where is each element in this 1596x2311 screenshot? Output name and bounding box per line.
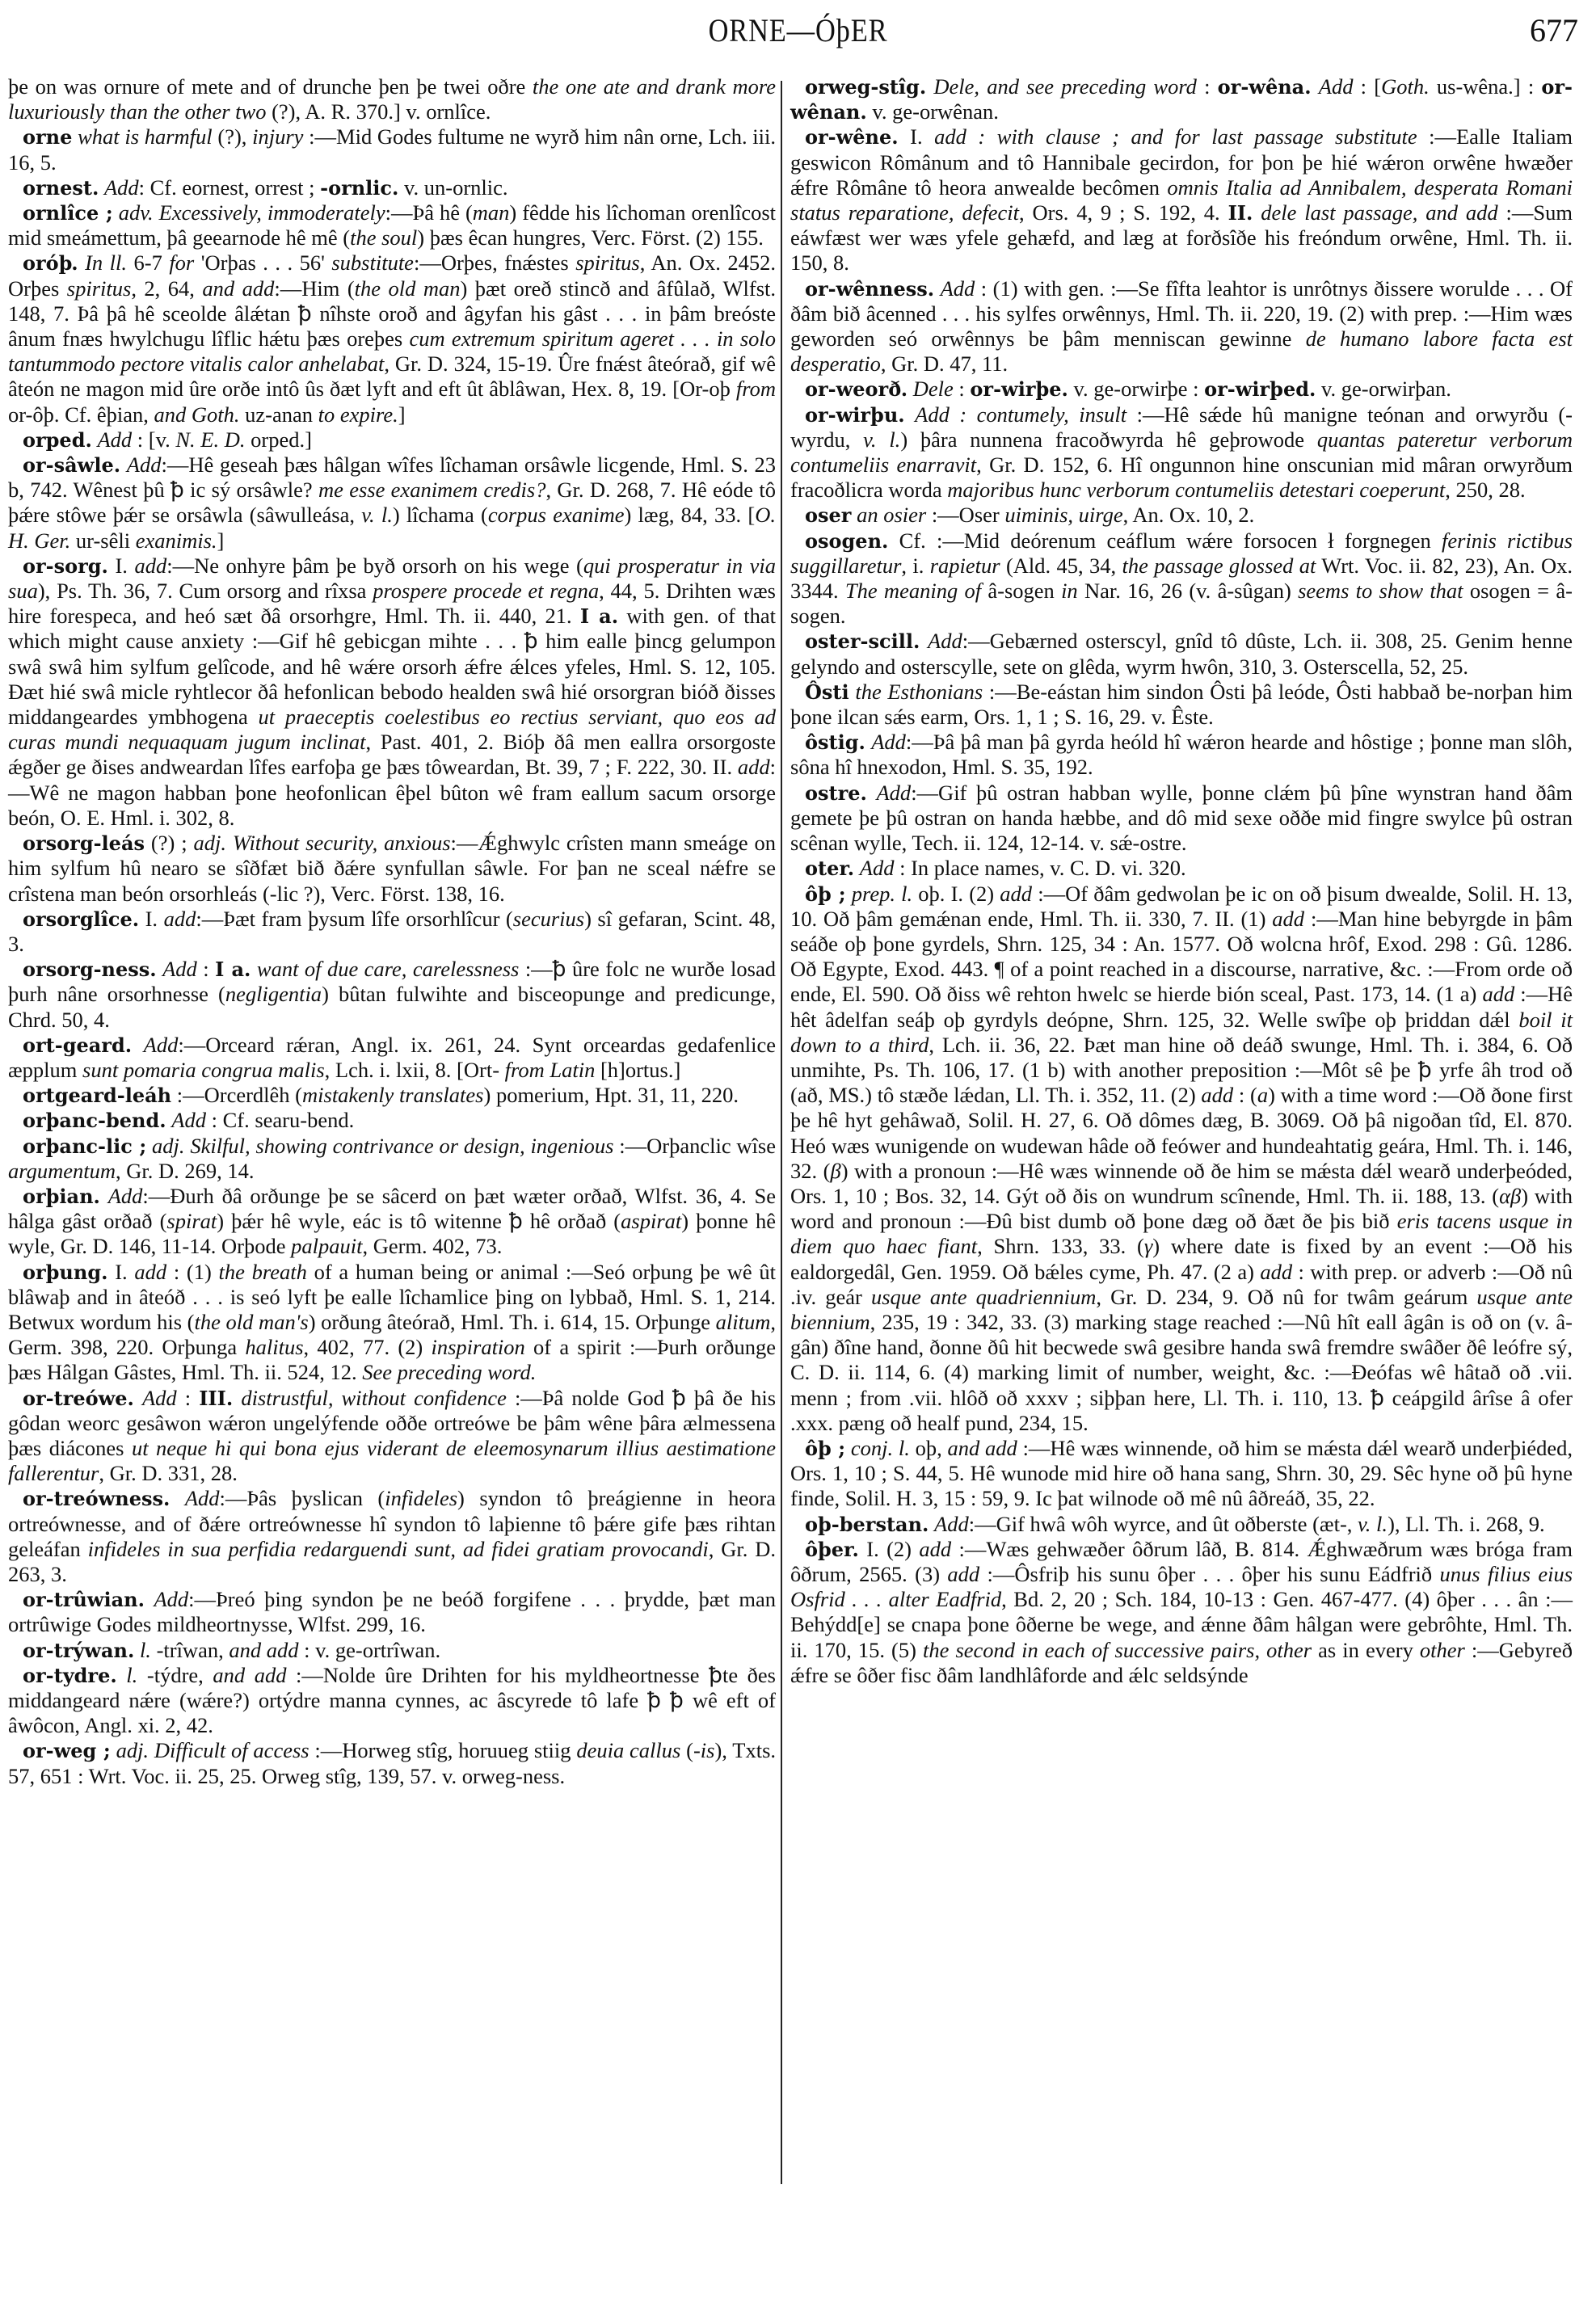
entry-text: ), Ll. Th. i. 268, 9.: [1388, 1512, 1545, 1536]
italic-gloss: deuia callus: [576, 1738, 680, 1762]
italic-gloss: halitus: [245, 1335, 303, 1359]
headword: or-wêne.: [805, 125, 899, 149]
italic-gloss: add: [1482, 982, 1514, 1006]
entry-text: v. ge-orwênan.: [867, 99, 999, 124]
dictionary-entry: orsorglîce. I. add:—Þæt fram þysum lîfe …: [8, 907, 776, 957]
entry-text: [233, 1386, 241, 1410]
headword: oþ-berstan.: [805, 1513, 929, 1536]
italic-gloss: Add: [108, 1184, 143, 1208]
headword: or-treówness.: [23, 1487, 170, 1510]
italic-gloss: Add : contumely, insult: [915, 402, 1126, 427]
italic-gloss: add: [1260, 1260, 1292, 1284]
entry-text: ) lîchama (: [393, 503, 488, 527]
italic-gloss: a: [1257, 1083, 1268, 1107]
italic-gloss: infideles: [385, 1486, 457, 1510]
entry-text: , 402, 77. (2): [304, 1335, 432, 1359]
dictionary-entry: orþian. Add:—Ðurh ðâ orðunge þe se sâcer…: [8, 1184, 776, 1260]
entry-text: ), Ps. Th. 36, 7. Cum orsorg and rîxsa: [38, 579, 373, 603]
headword: orsorg-ness.: [23, 958, 157, 981]
headword: or-wirþed.: [1204, 377, 1316, 401]
entry-text: -trîwan,: [151, 1638, 229, 1662]
italic-gloss: dele last passage, and add: [1261, 200, 1497, 225]
italic-gloss: v. l.: [361, 503, 393, 527]
entry-text: , Gr. D. 47, 11.: [881, 351, 1008, 376]
italic-gloss: infideles in sua perfidia redarguendi su…: [88, 1537, 709, 1561]
italic-gloss: l.: [126, 1663, 137, 1687]
entry-text: :—Orþanclic wîse: [614, 1134, 777, 1158]
italic-gloss: Add: [877, 781, 912, 805]
italic-gloss: The meaning of: [845, 579, 981, 603]
italic-gloss: Add: [928, 629, 962, 653]
page-number: 677: [1530, 11, 1578, 49]
italic-gloss: injury: [252, 124, 303, 149]
entry-text: -týdre,: [137, 1663, 213, 1687]
entry-text: [926, 74, 933, 99]
entry-text: I. (2): [859, 1537, 920, 1561]
headword: orsorg-leás: [23, 831, 145, 855]
dictionary-entry: orsorg-ness. Add : I a. want of due care…: [8, 957, 776, 1033]
entry-text: :—Ne onhyre þâm þe byð orsorh on his weg…: [166, 554, 583, 578]
headword: ôþ ;: [805, 882, 846, 906]
headword: orþung.: [23, 1261, 107, 1284]
italic-gloss: Add: [1319, 74, 1354, 99]
entry-text: ) þǽr hê wyle, eác is tô witenne ꝥ hê or…: [217, 1209, 621, 1233]
headword: orne: [23, 125, 72, 149]
italic-gloss: the soul: [350, 225, 417, 250]
italic-gloss: and add: [948, 1436, 1017, 1460]
entry-text: : [: [1353, 74, 1381, 99]
entry-text: ) orðung âteórað, Hml. Th. i. 614, 15. O…: [309, 1310, 716, 1334]
dictionary-entry: or-tydre. l. -týdre, and add :—Nolde ûre…: [8, 1663, 776, 1739]
headword: or-trýwan.: [23, 1639, 134, 1662]
dictionary-entry: or-wênness. Add : (1) with gen. :—Se fîf…: [790, 276, 1573, 377]
italic-gloss: me esse exanimem credis?: [318, 478, 545, 502]
entry-text: :: [197, 957, 215, 981]
italic-gloss: alitum: [716, 1310, 771, 1334]
italic-gloss: adj. Without security, anxious: [193, 831, 450, 855]
entry-text: : [v.: [132, 427, 175, 452]
italic-gloss: prospere procede et regna: [373, 579, 599, 603]
italic-gloss: Add: [142, 1386, 177, 1410]
dictionary-entry: orsorg-leás (?) ; adj. Without security,…: [8, 831, 776, 907]
entry-text: [907, 377, 913, 401]
headword: or-treówe.: [23, 1387, 134, 1410]
entry-text: [1253, 200, 1261, 225]
headword: I a.: [580, 604, 618, 628]
entry-text: :: [177, 1386, 200, 1410]
headword: or-sâwle.: [23, 453, 120, 477]
headword: orþian.: [23, 1185, 100, 1208]
dictionary-entry: or-weg ; adj. Difficult of access :—Horw…: [8, 1738, 776, 1788]
entry-text: [251, 957, 256, 981]
headword: ort-geard.: [23, 1033, 132, 1057]
entry-text: [99, 175, 104, 200]
entry-text: [867, 781, 877, 805]
entry-text: : v. ge-ortrîwan.: [298, 1638, 440, 1662]
entry-text: , 2, 64,: [131, 276, 202, 301]
headword: ornest.: [23, 176, 99, 200]
italic-gloss: spiritus: [67, 276, 132, 301]
dictionary-entry: ortgeard-leáh :—Orcerdlêh (mistakenly tr…: [8, 1083, 776, 1108]
entry-text: :—Ôsfriþ his sunu ôþer . . . ôþer his su…: [979, 1562, 1439, 1586]
headword: ôþ ;: [805, 1437, 845, 1460]
headword: oser: [805, 503, 851, 527]
dictionary-entry: ôþ ; prep. l. oþ. I. (2) add :—Of ðâm ge…: [790, 882, 1573, 1436]
entry-text: : In place names, v. C. D. vi. 320.: [894, 856, 1185, 880]
italic-gloss: Goth.: [1381, 74, 1430, 99]
italic-gloss: and add: [213, 1663, 286, 1687]
italic-gloss: Add: [104, 175, 139, 200]
entry-text: [111, 1738, 116, 1762]
headword: oróþ.: [23, 251, 78, 275]
dictionary-entry: or-treówe. Add : III. distrustful, witho…: [8, 1386, 776, 1487]
entry-text: : Cf. eornest, orrest ;: [139, 175, 320, 200]
italic-gloss: Add: [185, 1486, 220, 1510]
entry-text: [905, 402, 916, 427]
dictionary-entry: osogen. Cf. :—Mid deórenum ceáflum wǽre …: [790, 528, 1573, 629]
headword: II.: [1228, 201, 1253, 225]
entry-text: I.: [899, 124, 935, 149]
entry-text: oþ,: [910, 1436, 948, 1460]
italic-gloss: prep. l.: [852, 882, 912, 906]
dictionary-entry: oster-scill. Add:—Gebærned osterscyl, gn…: [790, 629, 1573, 679]
entry-text: :—Horweg stîg, horuueg stiig: [310, 1738, 577, 1762]
italic-gloss: and add: [229, 1638, 298, 1662]
italic-gloss: what is harmful: [72, 124, 212, 149]
italic-gloss: and add: [202, 276, 274, 301]
italic-gloss: spiritus: [575, 250, 640, 275]
italic-gloss: conj. l.: [851, 1436, 910, 1460]
entry-text: (?), A. R. 370.] v. ornlîce.: [266, 99, 491, 124]
entry-text: :—Þâ þâ man þâ gyrda heóld hî wǽron hear…: [790, 730, 1573, 779]
entry-text: Cf. :—Mid deórenum ceáflum wǽre forsocen…: [888, 528, 1442, 553]
entry-text: , Lch. i. lxii, 8. [Ort-: [325, 1058, 505, 1082]
italic-gloss: l.: [140, 1638, 151, 1662]
italic-gloss: add: [164, 907, 196, 931]
entry-text: ur-sêli: [70, 528, 135, 553]
entry-text: ) þâra nunnena fracoðwyrda hê geþrowode: [900, 427, 1317, 452]
dictionary-entry: ostre. Add:—Gif þû ostran habban wylle, …: [790, 781, 1573, 857]
dictionary-entry: ôþ ; conj. l. oþ, and add :—Hê wæs winne…: [790, 1436, 1573, 1512]
italic-gloss: add: [134, 1260, 166, 1284]
headword: ôstig.: [805, 730, 865, 754]
entry-text: I.: [108, 554, 135, 578]
italic-gloss: N. E. D.: [175, 427, 245, 452]
italic-gloss: aspirat: [621, 1209, 681, 1233]
entry-text: ]: [217, 528, 225, 553]
dictionary-entry: or-weorð. Dele : or-wirþe. v. ge-orwirþe…: [790, 377, 1573, 402]
dictionary-entry: oróþ. In ll. 6-7 for 'Orþas . . . 56' su…: [8, 250, 776, 427]
italic-gloss: add : with clause ; and for last passage…: [934, 124, 1417, 149]
headword: I a.: [215, 958, 251, 981]
entry-text: :—Gif hwâ wôh wyrce, and ût oðberste (æt…: [969, 1512, 1358, 1536]
entry-text: I.: [139, 907, 164, 931]
italic-gloss: adv. Excessively, immoderately: [119, 200, 385, 225]
italic-gloss: rapietur: [930, 554, 1000, 578]
entry-text: [117, 1663, 127, 1687]
right-column: orweg-stîg. Dele, and see preceding word…: [790, 74, 1573, 1688]
italic-gloss: palpauit: [291, 1234, 362, 1258]
entry-text: :: [954, 377, 971, 401]
entry-text: ]: [398, 402, 406, 427]
italic-gloss: the old man: [355, 276, 461, 301]
italic-gloss: β: [830, 1159, 840, 1183]
headword: orþanc-lic ;: [23, 1134, 146, 1158]
entry-text: ) þæs êcan hungres, Verc. Först. (2) 155…: [417, 225, 764, 250]
italic-gloss: adj. Difficult of access: [116, 1738, 310, 1762]
dictionary-entry: ôstig. Add:—Þâ þâ man þâ gyrda heóld hî …: [790, 730, 1573, 780]
entry-text: : Cf. searu-bend.: [206, 1108, 354, 1132]
italic-gloss: Add: [941, 276, 975, 301]
entry-text: (Ald. 45, 34,: [1000, 554, 1122, 578]
italic-gloss: add: [947, 1562, 979, 1586]
entry-text: us-wêna.] :: [1430, 74, 1542, 99]
entry-text: , 235, 19 : 342, 33. (3) marking stage r…: [790, 1310, 1573, 1435]
italic-gloss: Add: [127, 453, 162, 477]
entry-text: [145, 1587, 154, 1611]
dictionary-entry: or-treówness. Add:—Þâs þyslican (infidel…: [8, 1486, 776, 1587]
dictionary-entry: orþanc-bend. Add : Cf. searu-bend.: [8, 1108, 776, 1133]
entry-text: , Ors. 4, 9 ; S. 192, 4.: [1019, 200, 1228, 225]
entry-text: ) with a pronoun :—Hê wæs winnende oð ðe…: [790, 1159, 1573, 1208]
entry-text: (-: [680, 1738, 700, 1762]
entry-text: , Gr. D. 331, 28.: [99, 1461, 238, 1485]
italic-gloss: Dele, and see preceding word: [933, 74, 1197, 99]
italic-gloss: negligentia: [225, 982, 322, 1006]
headword: Ôsti: [805, 680, 849, 704]
headword: III.: [199, 1387, 233, 1410]
entry-text: v. un-ornlic.: [398, 175, 507, 200]
entry-text: [134, 1638, 140, 1662]
italic-gloss: sunt pomaria congrua malis: [82, 1058, 325, 1082]
italic-gloss: is: [701, 1738, 715, 1762]
headword: orweg-stîg.: [805, 75, 926, 99]
italic-gloss: Dele: [913, 377, 954, 401]
italic-gloss: αβ: [1499, 1184, 1521, 1208]
dictionary-entry: or-trûwian. Add:—Þreó þing syndon þe ne …: [8, 1587, 776, 1637]
italic-gloss: argumentum: [8, 1159, 116, 1183]
italic-gloss: add: [738, 755, 770, 779]
entry-text: uz-anan: [240, 402, 318, 427]
entry-text: [100, 1184, 108, 1208]
italic-gloss: Add: [860, 856, 895, 880]
entry-text: :—Orcerdlêh (: [171, 1083, 302, 1107]
italic-gloss: want of due care, carelessness: [257, 957, 519, 981]
headword: oter.: [805, 857, 854, 880]
italic-gloss: and Goth.: [154, 402, 240, 427]
dictionary-entry: or-wêne. I. add : with clause ; and for …: [790, 124, 1573, 276]
headword: orsorglîce.: [23, 907, 139, 931]
entry-text: [157, 957, 162, 981]
dictionary-entry: orne what is harmful (?), injury :—Mid G…: [8, 124, 776, 175]
italic-gloss: add: [134, 554, 166, 578]
dictionary-entry: ornlîce ; adv. Excessively, immoderately…: [8, 200, 776, 250]
italic-gloss: exanimis.: [136, 528, 217, 553]
dictionary-entry: ort-geard. Add:—Orceard rǽran, Angl. ix.…: [8, 1033, 776, 1083]
headword: or-weorð.: [805, 377, 907, 401]
dictionary-entry: oter. Add : In place names, v. C. D. vi.…: [790, 856, 1573, 881]
headword: oster-scill.: [805, 629, 920, 653]
italic-gloss: the breath: [219, 1260, 307, 1284]
entry-text: â-sogen: [981, 579, 1061, 603]
entry-text: , Germ. 402, 73.: [362, 1234, 502, 1258]
entry-text: oþ. I. (2): [912, 882, 1000, 906]
italic-gloss: the old man's: [195, 1310, 309, 1334]
entry-text: : (: [1233, 1083, 1257, 1107]
entry-text: [854, 856, 860, 880]
headword: or-wêna.: [1218, 75, 1312, 99]
entry-text: v. ge-orwirþe :: [1068, 377, 1204, 401]
page-header: ORNE—ÓþER 677: [0, 6, 1596, 55]
dictionary-entry: þe on was ornure of mete and of drunche …: [8, 74, 776, 124]
headword: or-trûwian.: [23, 1588, 145, 1611]
entry-text: ) pomerium, Hpt. 31, 11, 220.: [484, 1083, 739, 1107]
italic-gloss: mistakenly translates: [302, 1083, 484, 1107]
headword: ortgeard-leáh: [23, 1084, 171, 1107]
headword: or-weg ;: [23, 1739, 111, 1762]
entry-text: as in every: [1312, 1638, 1420, 1662]
entry-text: (?) ;: [145, 831, 193, 855]
italic-gloss: seems to show that: [1298, 579, 1463, 603]
dictionary-entry: ôþer. I. (2) add :—Wæs gehwæðer ôðrum lâ…: [790, 1537, 1573, 1688]
italic-gloss: majoribus hunc verborum contumeliis dete…: [947, 478, 1445, 502]
entry-text: [1312, 74, 1319, 99]
italic-gloss: the Esthonians: [855, 680, 983, 704]
entry-text: :—Orþes, fnǽstes: [414, 250, 575, 275]
italic-gloss: add: [1272, 907, 1304, 931]
italic-gloss: in: [1061, 579, 1078, 603]
italic-gloss: other: [1420, 1638, 1465, 1662]
italic-gloss: from Latin: [505, 1058, 596, 1082]
dictionary-entry: oþ-berstan. Add:—Gif hwâ wôh wyrce, and …: [790, 1512, 1573, 1537]
entry-text: : (1): [166, 1260, 218, 1284]
italic-gloss: usque ante quadriennium: [871, 1285, 1096, 1309]
italic-gloss: from: [736, 377, 776, 401]
dictionary-entry: Ôsti the Esthonians :—Be-eástan him sind…: [790, 680, 1573, 730]
italic-gloss: Add: [97, 427, 132, 452]
headword: ôþer.: [805, 1538, 859, 1561]
entry-text: [134, 1386, 142, 1410]
entry-text: [113, 200, 119, 225]
italic-gloss: to expire.: [318, 402, 398, 427]
italic-gloss: for: [169, 250, 194, 275]
entry-text: Nar. 16, 26 (v. â-sûgan): [1078, 579, 1298, 603]
entry-text: 6-7: [127, 250, 169, 275]
italic-gloss: distrustful, without confidence: [241, 1386, 507, 1410]
italic-gloss: In ll.: [85, 250, 127, 275]
dictionary-entry: orped. Add : [v. N. E. D. orped.]: [8, 427, 776, 453]
entry-text: :—Oser: [926, 503, 1004, 527]
entry-text: [934, 276, 941, 301]
entry-text: ) læg, 84, 33. [: [624, 503, 755, 527]
entry-text: orped.]: [246, 427, 312, 452]
dictionary-entry: orþanc-lic ; adj. Skilful, showing contr…: [8, 1134, 776, 1184]
entry-text: , Gr. D. 234, 9. Oð nû for twâm geárum: [1096, 1285, 1476, 1309]
running-title: ORNE—ÓþER: [112, 11, 1484, 49]
dictionary-entry: ornest. Add: Cf. eornest, orrest ; -ornl…: [8, 175, 776, 200]
entry-text: , Gr. D. 269, 14.: [116, 1159, 255, 1183]
headword: ornlîce ;: [23, 201, 113, 225]
dictionary-entry: or-trýwan. l. -trîwan, and add : v. ge-o…: [8, 1638, 776, 1663]
headword: -ornlic.: [320, 176, 398, 200]
dictionary-entry: or-sâwle. Add:—Hê geseah þæs hâlgan wîfe…: [8, 453, 776, 554]
headword: or-wirþe.: [970, 377, 1068, 401]
headword: or-wênness.: [805, 277, 934, 301]
headword: or-sorg.: [23, 554, 108, 578]
entry-text: [170, 1486, 184, 1510]
dictionary-entry: orweg-stîg. Dele, and see preceding word…: [790, 74, 1573, 124]
entry-text: [920, 629, 928, 653]
entry-text: [846, 882, 852, 906]
italic-gloss: Add: [171, 1108, 206, 1132]
italic-gloss: man: [473, 200, 510, 225]
column-divider: [781, 81, 782, 2184]
entry-text: I.: [107, 1260, 134, 1284]
left-column: þe on was ornure of mete and of drunche …: [8, 74, 776, 1789]
entry-text: , Shrn. 133, 33. (: [977, 1234, 1144, 1258]
entry-text: (?),: [213, 124, 252, 149]
italic-gloss: add: [919, 1537, 951, 1561]
headword: orped.: [23, 428, 92, 452]
italic-gloss: γ: [1144, 1234, 1152, 1258]
headword: ostre.: [805, 781, 867, 805]
italic-gloss: v. l.: [1358, 1512, 1388, 1536]
dictionary-entry: oser an osier :—Oser uiminis, uirge, An.…: [790, 503, 1573, 528]
italic-gloss: Add: [934, 1512, 969, 1536]
entry-text: or-ôþ. Cf. êþian,: [8, 402, 154, 427]
italic-gloss: the passage glossed at: [1122, 554, 1316, 578]
entry-text: [78, 250, 85, 275]
entry-text: v. ge-orwirþan.: [1316, 377, 1451, 401]
headword: orþanc-bend.: [23, 1109, 166, 1132]
italic-gloss: Add: [154, 1587, 188, 1611]
dictionary-entry: or-sorg. I. add:—Ne onhyre þâm þe byð or…: [8, 554, 776, 831]
entry-text: :: [1197, 74, 1218, 99]
italic-gloss: substitute: [331, 250, 414, 275]
headword: osogen.: [805, 529, 888, 553]
entry-text: , 250, 28.: [1445, 478, 1525, 502]
italic-gloss: v. l.: [863, 427, 900, 452]
italic-gloss: uiminis, uirge: [1004, 503, 1122, 527]
italic-gloss: Add: [871, 730, 906, 754]
entry-text: , An. Ox. 10, 2.: [1123, 503, 1255, 527]
headword: or-wirþu.: [805, 403, 905, 427]
entry-text: þe on was ornure of mete and of drunche …: [8, 74, 533, 99]
italic-gloss: Add: [162, 957, 197, 981]
entry-text: 'Orþas . . . 56': [194, 250, 331, 275]
italic-gloss: Add: [144, 1033, 179, 1057]
entry-text: [h]ortus.]: [595, 1058, 680, 1082]
italic-gloss: add: [1201, 1083, 1233, 1107]
entry-text: :—Þâs þyslican (: [220, 1486, 385, 1510]
italic-gloss: securius: [513, 907, 584, 931]
italic-gloss: an osier: [857, 503, 926, 527]
entry-text: :—Him (: [274, 276, 354, 301]
entry-text: :—Þæt fram þysum lîfe orsorhlîcur (: [196, 907, 512, 931]
entry-text: , i.: [901, 554, 929, 578]
italic-gloss: add: [1000, 882, 1032, 906]
italic-gloss: See preceding word.: [362, 1360, 536, 1384]
entry-text: [132, 1033, 144, 1057]
dictionary-entry: or-wirþu. Add : contumely, insult :—Hê s…: [790, 402, 1573, 503]
headword: or-tydre.: [23, 1664, 117, 1687]
italic-gloss: the second in each of successive pairs, …: [923, 1638, 1312, 1662]
italic-gloss: corpus exanime: [488, 503, 625, 527]
dictionary-entry: orþung. I. add : (1) the breath of a hum…: [8, 1260, 776, 1386]
italic-gloss: inspiration: [431, 1335, 524, 1359]
entry-text: :—Þâ hê (: [385, 200, 473, 225]
entry-text: [845, 1436, 851, 1460]
